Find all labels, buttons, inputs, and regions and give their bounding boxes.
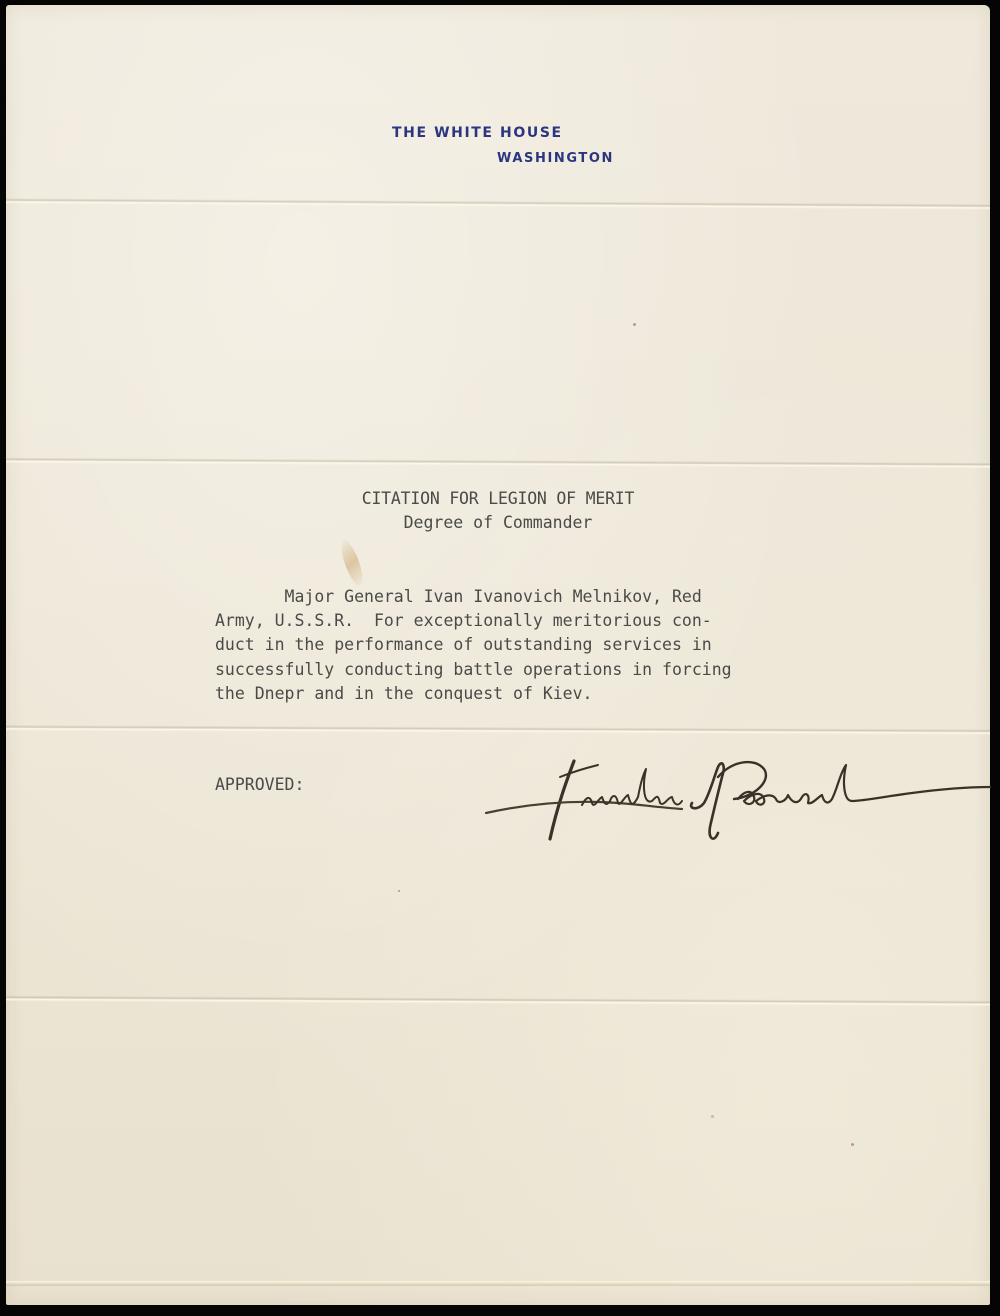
paper-speck xyxy=(711,1115,714,1118)
letterhead-title: THE WHITE HOUSE xyxy=(392,125,563,141)
citation-body-line: duct in the performance of outstanding s… xyxy=(215,633,775,657)
approved-label: APPROVED: xyxy=(215,775,304,794)
fold-line xyxy=(6,725,990,735)
fold-line xyxy=(6,457,990,468)
paper-bottom-edge xyxy=(6,1281,990,1286)
signature-image: Franklin D. Roosevelt xyxy=(482,747,992,857)
paper-speck xyxy=(633,323,636,326)
citation-body-line: Army, U.S.S.R. For exceptionally meritor… xyxy=(215,609,775,633)
citation-body-line: Major General Ivan Ivanovich Melnikov, R… xyxy=(215,585,775,609)
letterhead-location: WASHINGTON xyxy=(497,151,614,166)
citation-subtitle: Degree of Commander xyxy=(6,513,990,532)
citation-title: CITATION FOR LEGION OF MERIT xyxy=(6,489,990,508)
fold-line xyxy=(6,995,990,1006)
fold-line xyxy=(6,198,990,210)
citation-body: Major General Ivan Ivanovich Melnikov, R… xyxy=(215,585,775,706)
paper-speck xyxy=(851,1143,854,1146)
paper-speck xyxy=(398,890,400,892)
letter-page: THE WHITE HOUSE WASHINGTON CITATION FOR … xyxy=(6,5,990,1305)
citation-body-line: successfully conducting battle operation… xyxy=(215,658,775,682)
paper-stain xyxy=(337,538,367,588)
citation-body-line: the Dnepr and in the conquest of Kiev. xyxy=(215,682,775,706)
